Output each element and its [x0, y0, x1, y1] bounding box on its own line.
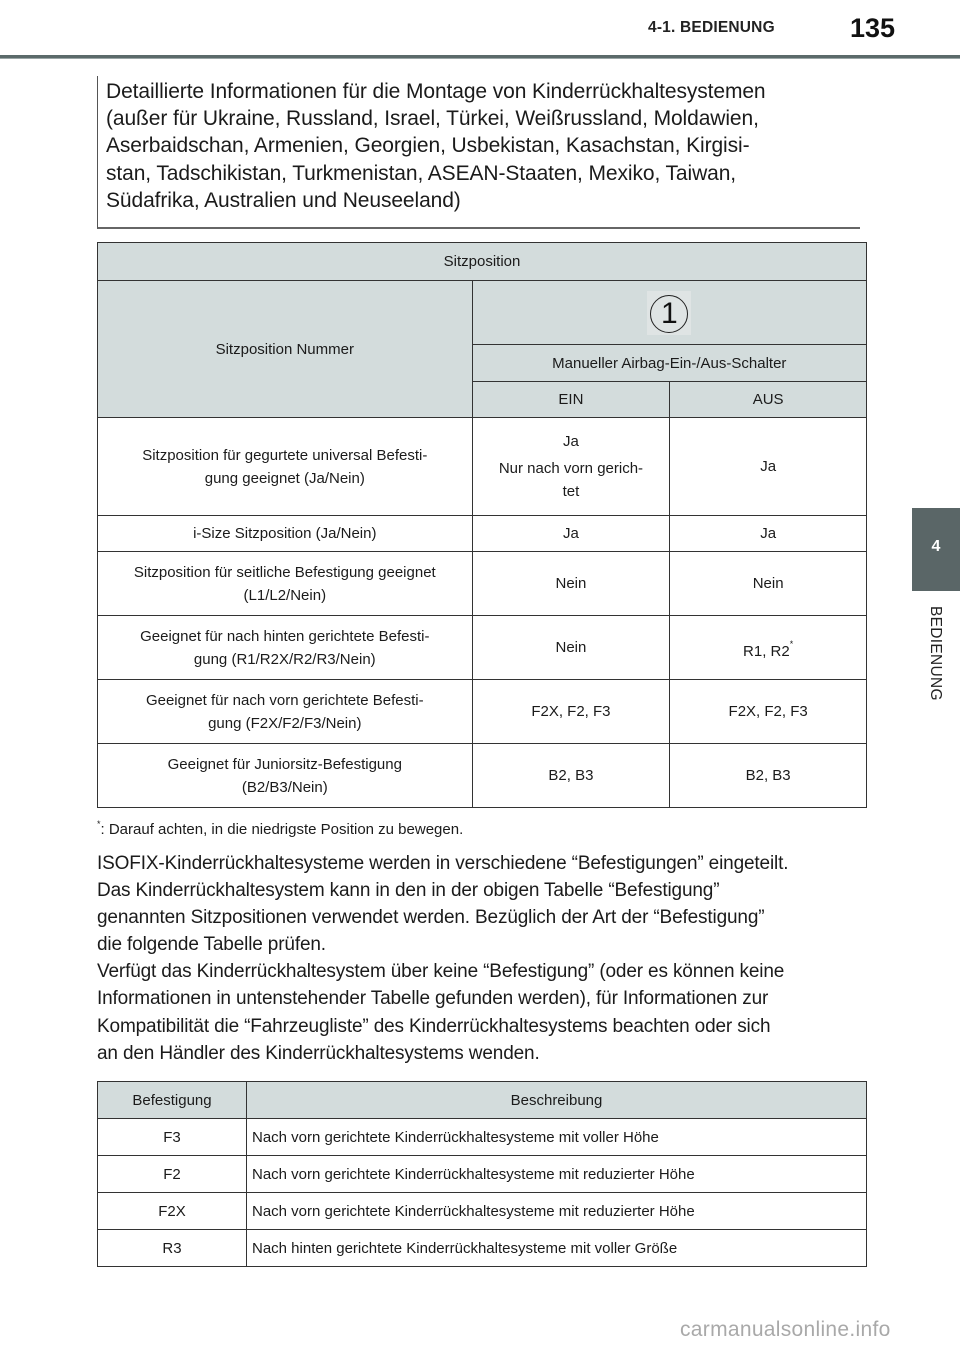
fixture-description: Nach vorn gerichtete Kinderrückhaltesyst… — [247, 1119, 867, 1156]
column-header-fixture: Befestigung — [98, 1082, 247, 1119]
seat-number-circle-icon: 1 — [647, 291, 691, 335]
section-title: 4-1. BEDIENUNG — [648, 19, 775, 37]
row-label: Sitzposition für seitliche Befestigung g… — [98, 552, 473, 616]
row-label-line: Sitzposition für seitliche Befestigung g… — [98, 561, 472, 584]
footnote-text: : Darauf achten, in die niedrigste Posit… — [101, 821, 464, 838]
value-text: R1, R2 — [743, 643, 790, 660]
intro-line: stan, Tadschikistan, Turkmenistan, ASEAN… — [106, 160, 860, 187]
fixture-code: F3 — [98, 1119, 247, 1156]
row-label-line: Geeignet für Juniorsitz-Befestigung — [98, 753, 472, 776]
fixture-table: Befestigung Beschreibung F3 Nach vorn ge… — [97, 1081, 867, 1267]
table-row: F2X Nach vorn gerichtete Kinderrückhalte… — [98, 1193, 867, 1230]
row-value-on: Ja — [472, 516, 670, 552]
row-value-on: Nein — [472, 552, 670, 616]
watermark: carmanualsonline.info — [680, 1318, 891, 1342]
row-label-line: Sitzposition für gegurtete universal Bef… — [98, 444, 472, 467]
fixture-description: Nach hinten gerichtete Kinderrückhaltesy… — [247, 1230, 867, 1267]
table-row: Geeignet für nach hinten gerichtete Befe… — [98, 616, 867, 680]
table-row: R3 Nach hinten gerichtete Kinderrückhalt… — [98, 1230, 867, 1267]
row-label-line: Geeignet für nach hinten gerichtete Befe… — [98, 625, 472, 648]
column-on: EIN — [472, 382, 670, 418]
body-line: Das Kinderrückhaltesystem kann in den in… — [97, 877, 877, 904]
intro-line: Aserbaidschan, Armenien, Georgien, Usbek… — [106, 132, 860, 159]
row-label-line: Geeignet für nach vorn gerichtete Befest… — [98, 689, 472, 712]
body-text: ISOFIX-Kinderrückhaltesysteme werden in … — [97, 850, 877, 1067]
row-label-line: gung (F2X/F2/F3/Nein) — [98, 712, 472, 735]
fixture-description: Nach vorn gerichtete Kinderrückhaltesyst… — [247, 1156, 867, 1193]
row-value-off: Ja — [670, 516, 867, 552]
header-divider — [0, 55, 960, 59]
row-value-on: B2, B3 — [472, 744, 670, 808]
row-label: i-Size Sitzposition (Ja/Nein) — [98, 516, 473, 552]
row-label: Geeignet für Juniorsitz-Befestigung (B2/… — [98, 744, 473, 808]
intro-line: Südafrika, Australien und Neuseeland) — [106, 187, 860, 214]
value-line: tet — [473, 480, 670, 503]
table-row: Geeignet für nach vorn gerichtete Befest… — [98, 680, 867, 744]
chapter-number: 4 — [912, 538, 960, 556]
chapter-tab[interactable]: 4 — [912, 508, 960, 591]
value-line: Ja — [473, 430, 670, 453]
footnote: *: Darauf achten, in die niedrigste Posi… — [97, 819, 463, 838]
table-row: Geeignet für Juniorsitz-Befestigung (B2/… — [98, 744, 867, 808]
fixture-code: R3 — [98, 1230, 247, 1267]
table-row: i-Size Sitzposition (Ja/Nein) Ja Ja — [98, 516, 867, 552]
seat-number-label: Sitzposition Nummer — [98, 281, 473, 418]
intro-box: Detaillierte Informationen für die Monta… — [97, 76, 860, 229]
row-value-on: Ja Nur nach vorn gerich- tet — [472, 418, 670, 516]
seat-number-cell: 1 — [472, 281, 866, 345]
row-label: Geeignet für nach hinten gerichtete Befe… — [98, 616, 473, 680]
row-value-on: Nein — [472, 616, 670, 680]
chapter-label-text: BEDIENUNG — [926, 606, 944, 701]
table-row: Sitzposition für seitliche Befestigung g… — [98, 552, 867, 616]
row-value-on: F2X, F2, F3 — [472, 680, 670, 744]
chapter-label: BEDIENUNG — [918, 606, 954, 726]
row-value-off: Nein — [670, 552, 867, 616]
body-line: Verfügt das Kinderrückhaltesystem über k… — [97, 958, 877, 985]
row-label: Geeignet für nach vorn gerichtete Befest… — [98, 680, 473, 744]
body-line: genannten Sitzpositionen verwendet werde… — [97, 904, 877, 931]
fixture-code: F2X — [98, 1193, 247, 1230]
fixture-description: Nach vorn gerichtete Kinderrückhaltesyst… — [247, 1193, 867, 1230]
row-value-off: B2, B3 — [670, 744, 867, 808]
body-line: ISOFIX-Kinderrückhaltesysteme werden in … — [97, 850, 877, 877]
table-row: F2 Nach vorn gerichtete Kinderrückhaltes… — [98, 1156, 867, 1193]
row-value-off: F2X, F2, F3 — [670, 680, 867, 744]
row-label-line: gung geeignet (Ja/Nein) — [98, 467, 472, 490]
row-label: Sitzposition für gegurtete universal Bef… — [98, 418, 473, 516]
seat-position-table: Sitzposition Sitzposition Nummer 1 Manue… — [97, 242, 867, 808]
body-line: an den Händler des Kinderrückhaltesystem… — [97, 1040, 877, 1067]
intro-line: (außer für Ukraine, Russland, Israel, Tü… — [106, 105, 860, 132]
fixture-code: F2 — [98, 1156, 247, 1193]
body-line: die folgende Tabelle prüfen. — [97, 931, 877, 958]
footnote-marker: * — [790, 639, 794, 649]
row-value-off: Ja — [670, 418, 867, 516]
row-label-line: (B2/B3/Nein) — [98, 776, 472, 799]
table-row: Sitzposition für gegurtete universal Bef… — [98, 418, 867, 516]
value-line: Nur nach vorn gerich- — [473, 457, 670, 480]
body-line: Informationen in untenstehender Tabelle … — [97, 985, 877, 1012]
seat-number: 1 — [650, 295, 688, 333]
page-number: 135 — [850, 13, 895, 44]
table-row: F3 Nach vorn gerichtete Kinderrückhaltes… — [98, 1119, 867, 1156]
intro-line: Detaillierte Informationen für die Monta… — [106, 78, 860, 105]
column-off: AUS — [670, 382, 867, 418]
row-label-line: gung (R1/R2X/R2/R3/Nein) — [98, 648, 472, 671]
column-header-description: Beschreibung — [247, 1082, 867, 1119]
airbag-switch-label: Manueller Airbag-Ein-/Aus-Schalter — [472, 345, 866, 382]
body-line: Kompatibilität die “Fahrzeugliste” des K… — [97, 1013, 877, 1040]
table-title: Sitzposition — [98, 243, 867, 281]
row-label-line: (L1/L2/Nein) — [98, 584, 472, 607]
row-value-off: R1, R2* — [670, 616, 867, 680]
